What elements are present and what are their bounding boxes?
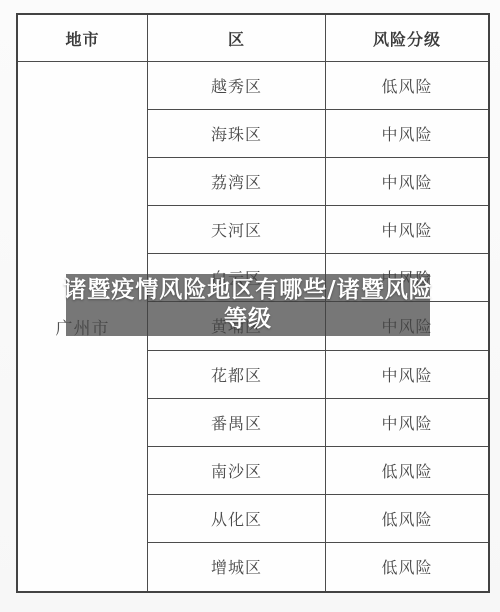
- risk-cell: 中风险: [326, 399, 488, 447]
- title-overlay-banner: 诸暨疫情风险地区有哪些/诸暨风险 等级: [66, 274, 430, 336]
- risk-cell: 低风险: [326, 62, 488, 110]
- risk-cell: 中风险: [326, 206, 488, 254]
- district-cell: 番禺区: [148, 399, 326, 447]
- page-background: 地市 区 风险分级 广州市 越秀区 低风险 海珠区 中风险 荔湾区 中风险 天河…: [0, 0, 500, 612]
- risk-cell: 低风险: [326, 495, 488, 543]
- district-cell: 海珠区: [148, 110, 326, 158]
- district-cell: 南沙区: [148, 447, 326, 495]
- risk-cell: 低风险: [326, 543, 488, 591]
- overlay-title-line2: 等级: [224, 305, 272, 334]
- header-risk: 风险分级: [326, 15, 488, 62]
- risk-cell: 中风险: [326, 158, 488, 206]
- risk-cell: 中风险: [326, 351, 488, 399]
- district-cell: 天河区: [148, 206, 326, 254]
- district-cell: 荔湾区: [148, 158, 326, 206]
- overlay-title-line1: 诸暨疫情风险地区有哪些/诸暨风险: [63, 276, 432, 305]
- district-cell: 花都区: [148, 351, 326, 399]
- district-cell: 增城区: [148, 543, 326, 591]
- header-city: 地市: [18, 15, 148, 62]
- district-cell: 从化区: [148, 495, 326, 543]
- district-cell: 越秀区: [148, 62, 326, 110]
- risk-cell: 低风险: [326, 447, 488, 495]
- header-district: 区: [148, 15, 326, 62]
- risk-cell: 中风险: [326, 110, 488, 158]
